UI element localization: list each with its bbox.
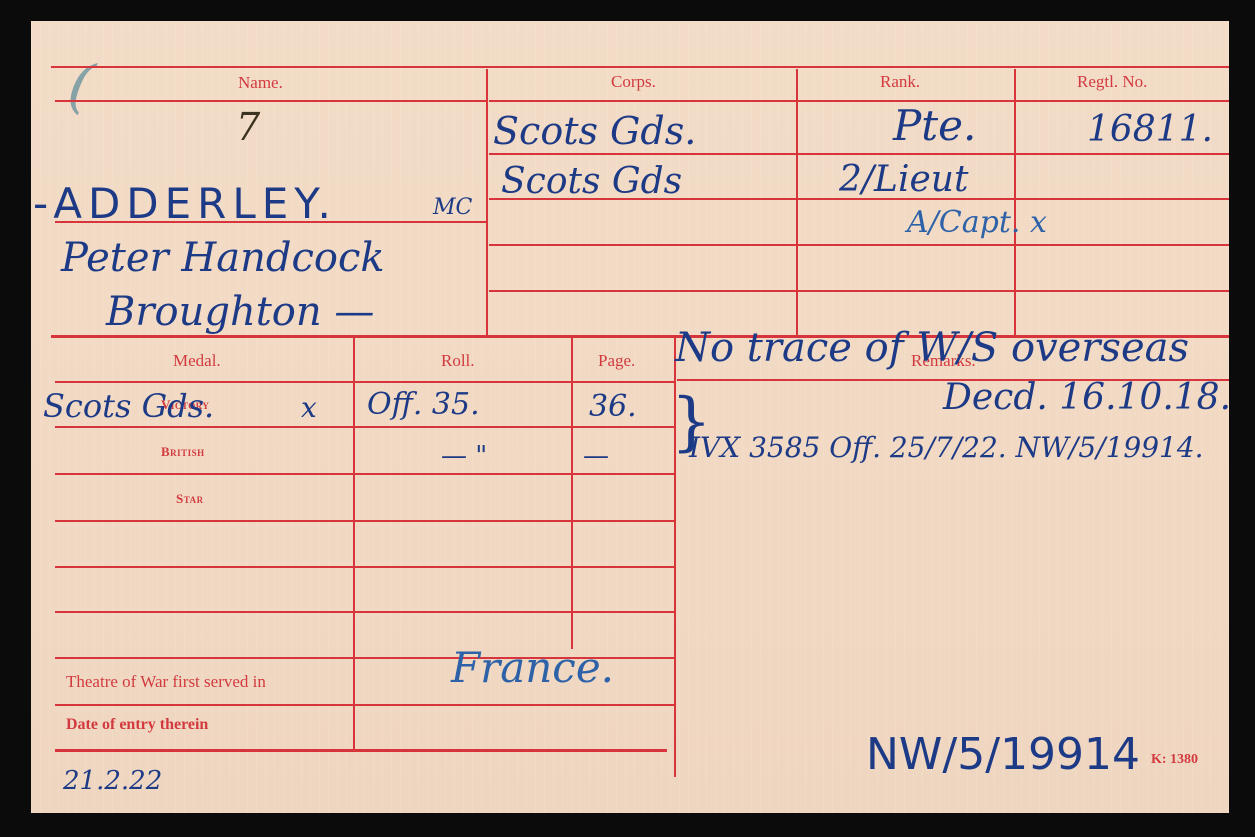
corps-entry-1: Scots Gds. [493,109,696,153]
rule-medal-row-5 [55,611,675,613]
name-mark: 7 [236,105,260,149]
remarks-line-3: IVX 3585 Off. 25/7/22. NW/5/19914. [689,431,1204,464]
header-medal: Medal. [173,351,221,371]
surname: -ADDERLEY. [33,179,337,228]
rule-upper-row-1 [489,153,1229,155]
theatre-entry: France. [451,643,614,692]
rule-upper-row-3 [489,244,1229,246]
header-regtl-no: Regtl. No. [1077,72,1147,92]
page-victory: 36. [589,389,637,424]
reference-number: NW/5/19914 [866,729,1140,780]
roll-victory: Off. 35. [367,387,480,422]
forenames-line-1: Peter Handcock [61,235,385,281]
rule-entry-bottom [55,749,667,752]
bottom-date: 21.2.22 [63,766,162,796]
corner-pencil-mark: ( [63,49,98,122]
rule-medal-row-4 [55,566,675,568]
corps-entry-2: Scots Gds [501,161,682,202]
rule-name-corps [486,69,488,335]
rule-corps-rank [796,69,798,335]
rule-lower-header-bottom [55,381,675,383]
medal-label-star: Star [176,491,204,507]
entry-date-label: Date of entry therein [66,716,208,734]
honours: MC [433,195,472,220]
rule-medal-row-1 [55,426,675,428]
forenames-line-2: Broughton — [106,289,374,335]
header-page: Page. [598,351,635,371]
rule-theatre-bottom [55,704,675,706]
rule-medal-row-2 [55,473,675,475]
theatre-label: Theatre of War first served in [66,672,266,692]
rule-upper-row-4 [489,290,1229,292]
header-corps: Corps. [611,72,656,92]
page-british: — [583,441,609,471]
header-rank: Rank. [880,72,920,92]
roll-british: — " [441,441,487,471]
rule-roll-page [571,337,573,649]
rule-rank-regtl [1014,69,1016,335]
rule-header-bottom-right [489,100,1229,102]
medal-index-card: ( Name. Corps. Rank. Regtl. No. Medal. R… [31,21,1229,813]
regtl-no-entry: 16811. [1087,109,1213,150]
medal-label-british: British [161,444,205,460]
remarks-line-2: Decd. 16.10.18. [943,377,1231,418]
header-roll: Roll. [441,351,475,371]
form-number: K: 1380 [1151,752,1198,768]
rule-header-bottom-name [55,100,487,102]
medal-mark: x [301,391,317,424]
rank-entry-3: A/Capt. x [907,205,1047,240]
rule-medal-roll [353,337,355,749]
remarks-line-1: No trace of W/S overseas [675,325,1189,371]
rule-top [51,66,1229,68]
rule-medal-row-3 [55,520,675,522]
medal-entry: Scots Gds. [43,387,214,425]
header-name: Name. [238,73,283,93]
rank-entry-1: Pte. [893,101,976,150]
rank-entry-2: 2/Lieut [839,159,968,200]
